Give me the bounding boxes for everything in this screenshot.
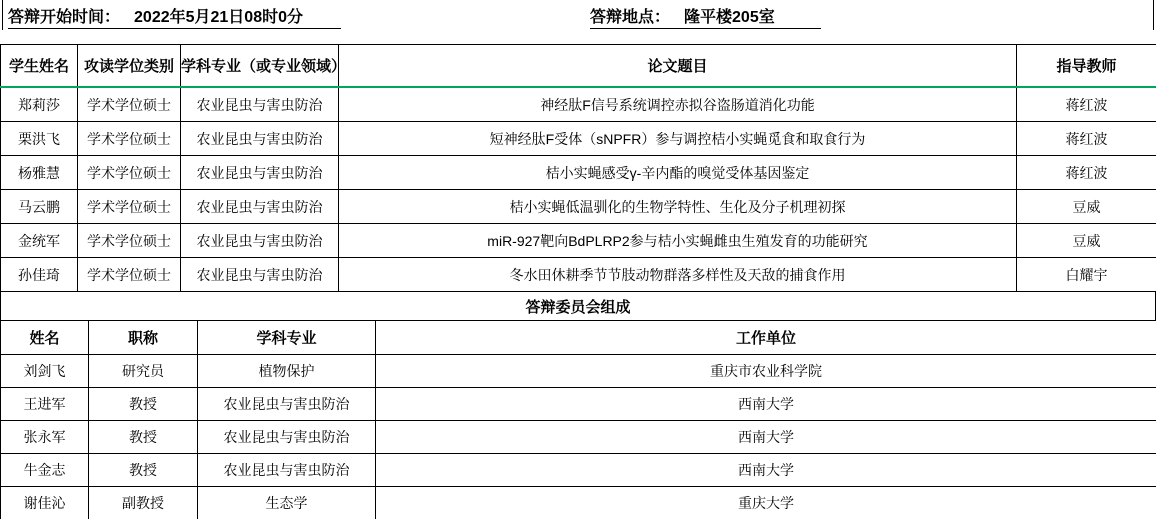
student-advisor-cell: 白耀宇 bbox=[1017, 258, 1156, 292]
committee-title-cell: 教授 bbox=[89, 421, 198, 454]
student-name-cell: 马云鹏 bbox=[1, 190, 78, 224]
committee-major-cell: 农业昆虫与害虫防治 bbox=[198, 454, 376, 487]
student-row: 金统军 学术学位硕士 农业昆虫与害虫防治 miR-927靶向BdPLRP2参与桔… bbox=[1, 224, 1156, 258]
top-strip-left-border bbox=[2, 0, 3, 30]
committee-title-cell: 教授 bbox=[89, 388, 198, 421]
committee-row: 刘剑飞 研究员 植物保护 重庆市农业科学院 bbox=[1, 355, 1156, 388]
committee-header-name: 姓名 bbox=[1, 321, 89, 355]
student-name-cell: 郑莉莎 bbox=[1, 87, 78, 122]
committee-header-org: 工作单位 bbox=[376, 321, 1156, 355]
student-advisor-cell: 蒋红波 bbox=[1017, 122, 1156, 156]
defense-start-time-field: 答辩开始时间：2022年5月21日08时0分 bbox=[8, 8, 341, 29]
top-header-strip: 答辩开始时间：2022年5月21日08时0分 答辩地点：隆平楼205室 bbox=[0, 0, 1156, 44]
committee-name-cell: 谢佳沁 bbox=[1, 487, 89, 519]
students-header-degree: 攻读学位类别 bbox=[78, 45, 181, 88]
committee-major-cell: 植物保护 bbox=[198, 355, 376, 388]
defense-location-value: 隆平楼205室 bbox=[684, 9, 775, 26]
committee-row: 张永军 教授 农业昆虫与害虫防治 西南大学 bbox=[1, 421, 1156, 454]
defense-location-label: 答辩地点： bbox=[590, 9, 670, 26]
students-table: 学生姓名 攻读学位类别 学科专业（或专业领域） 论文题目 指导教师 郑莉莎 学术… bbox=[0, 44, 1156, 292]
student-degree-cell: 学术学位硕士 bbox=[78, 87, 181, 122]
committee-major-cell: 生态学 bbox=[198, 487, 376, 519]
committee-table: 姓名 职称 学科专业 工作单位 刘剑飞 研究员 植物保护 重庆市农业科学院 王进… bbox=[0, 320, 1156, 519]
student-thesis-cell: 冬水田休耕季节节肢动物群落多样性及天敌的捕食作用 bbox=[339, 258, 1017, 292]
students-header-row: 学生姓名 攻读学位类别 学科专业（或专业领域） 论文题目 指导教师 bbox=[1, 45, 1156, 88]
students-header-name: 学生姓名 bbox=[1, 45, 78, 88]
committee-name-cell: 张永军 bbox=[1, 421, 89, 454]
student-major-cell: 农业昆虫与害虫防治 bbox=[181, 258, 339, 292]
student-degree-cell: 学术学位硕士 bbox=[78, 224, 181, 258]
student-major-cell: 农业昆虫与害虫防治 bbox=[181, 87, 339, 122]
defense-start-time-value: 2022年5月21日08时0分 bbox=[134, 9, 303, 26]
student-advisor-cell: 豆威 bbox=[1017, 224, 1156, 258]
student-thesis-cell: 短神经肽F受体（sNPFR）参与调控桔小实蝇觅食和取食行为 bbox=[339, 122, 1017, 156]
students-header-major: 学科专业（或专业领域） bbox=[181, 45, 339, 88]
student-major-cell: 农业昆虫与害虫防治 bbox=[181, 122, 339, 156]
student-row: 孙佳琦 学术学位硕士 农业昆虫与害虫防治 冬水田休耕季节节肢动物群落多样性及天敌… bbox=[1, 258, 1156, 292]
student-thesis-cell: 桔小实蝇感受γ-辛内酯的嗅觉受体基因鉴定 bbox=[339, 156, 1017, 190]
committee-org-cell: 西南大学 bbox=[376, 454, 1156, 487]
committee-title-cell: 教授 bbox=[89, 454, 198, 487]
committee-name-cell: 牛金志 bbox=[1, 454, 89, 487]
committee-org-cell: 西南大学 bbox=[376, 388, 1156, 421]
student-name-cell: 金统军 bbox=[1, 224, 78, 258]
student-thesis-cell: 神经肽F信号系统调控赤拟谷盗肠道消化功能 bbox=[339, 87, 1017, 122]
student-degree-cell: 学术学位硕士 bbox=[78, 156, 181, 190]
committee-header-row: 姓名 职称 学科专业 工作单位 bbox=[1, 321, 1156, 355]
committee-row: 王进军 教授 农业昆虫与害虫防治 西南大学 bbox=[1, 388, 1156, 421]
student-row: 栗洪飞 学术学位硕士 农业昆虫与害虫防治 短神经肽F受体（sNPFR）参与调控桔… bbox=[1, 122, 1156, 156]
committee-title-cell: 研究员 bbox=[89, 355, 198, 388]
student-row: 郑莉莎 学术学位硕士 农业昆虫与害虫防治 神经肽F信号系统调控赤拟谷盗肠道消化功… bbox=[1, 87, 1156, 122]
student-major-cell: 农业昆虫与害虫防治 bbox=[181, 156, 339, 190]
student-row: 马云鹏 学术学位硕士 农业昆虫与害虫防治 桔小实蝇低温驯化的生物学特性、生化及分… bbox=[1, 190, 1156, 224]
student-major-cell: 农业昆虫与害虫防治 bbox=[181, 224, 339, 258]
student-thesis-cell: 桔小实蝇低温驯化的生物学特性、生化及分子机理初探 bbox=[339, 190, 1017, 224]
committee-major-cell: 农业昆虫与害虫防治 bbox=[198, 388, 376, 421]
student-major-cell: 农业昆虫与害虫防治 bbox=[181, 190, 339, 224]
committee-row: 牛金志 教授 农业昆虫与害虫防治 西南大学 bbox=[1, 454, 1156, 487]
committee-name-cell: 刘剑飞 bbox=[1, 355, 89, 388]
student-name-cell: 孙佳琦 bbox=[1, 258, 78, 292]
committee-section-title: 答辩委员会组成 bbox=[0, 291, 1156, 321]
student-advisor-cell: 蒋红波 bbox=[1017, 87, 1156, 122]
students-header-advisor: 指导教师 bbox=[1017, 45, 1156, 88]
student-advisor-cell: 豆威 bbox=[1017, 190, 1156, 224]
student-degree-cell: 学术学位硕士 bbox=[78, 258, 181, 292]
committee-header-major: 学科专业 bbox=[198, 321, 376, 355]
committee-org-cell: 重庆市农业科学院 bbox=[376, 355, 1156, 388]
defense-start-time-label: 答辩开始时间： bbox=[8, 9, 120, 26]
committee-row: 谢佳沁 副教授 生态学 重庆大学 bbox=[1, 487, 1156, 519]
student-advisor-cell: 蒋红波 bbox=[1017, 156, 1156, 190]
student-name-cell: 栗洪飞 bbox=[1, 122, 78, 156]
committee-title-cell: 副教授 bbox=[89, 487, 198, 519]
defense-location-field: 答辩地点：隆平楼205室 bbox=[590, 8, 821, 29]
students-header-thesis: 论文题目 bbox=[339, 45, 1017, 88]
student-degree-cell: 学术学位硕士 bbox=[78, 190, 181, 224]
student-name-cell: 杨雅慧 bbox=[1, 156, 78, 190]
committee-org-cell: 重庆大学 bbox=[376, 487, 1156, 519]
student-thesis-cell: miR-927靶向BdPLRP2参与桔小实蝇雌虫生殖发育的功能研究 bbox=[339, 224, 1017, 258]
top-strip-right-border bbox=[1153, 0, 1154, 30]
committee-org-cell: 西南大学 bbox=[376, 421, 1156, 454]
committee-major-cell: 农业昆虫与害虫防治 bbox=[198, 421, 376, 454]
committee-name-cell: 王进军 bbox=[1, 388, 89, 421]
committee-header-title: 职称 bbox=[89, 321, 198, 355]
student-row: 杨雅慧 学术学位硕士 农业昆虫与害虫防治 桔小实蝇感受γ-辛内酯的嗅觉受体基因鉴… bbox=[1, 156, 1156, 190]
student-degree-cell: 学术学位硕士 bbox=[78, 122, 181, 156]
